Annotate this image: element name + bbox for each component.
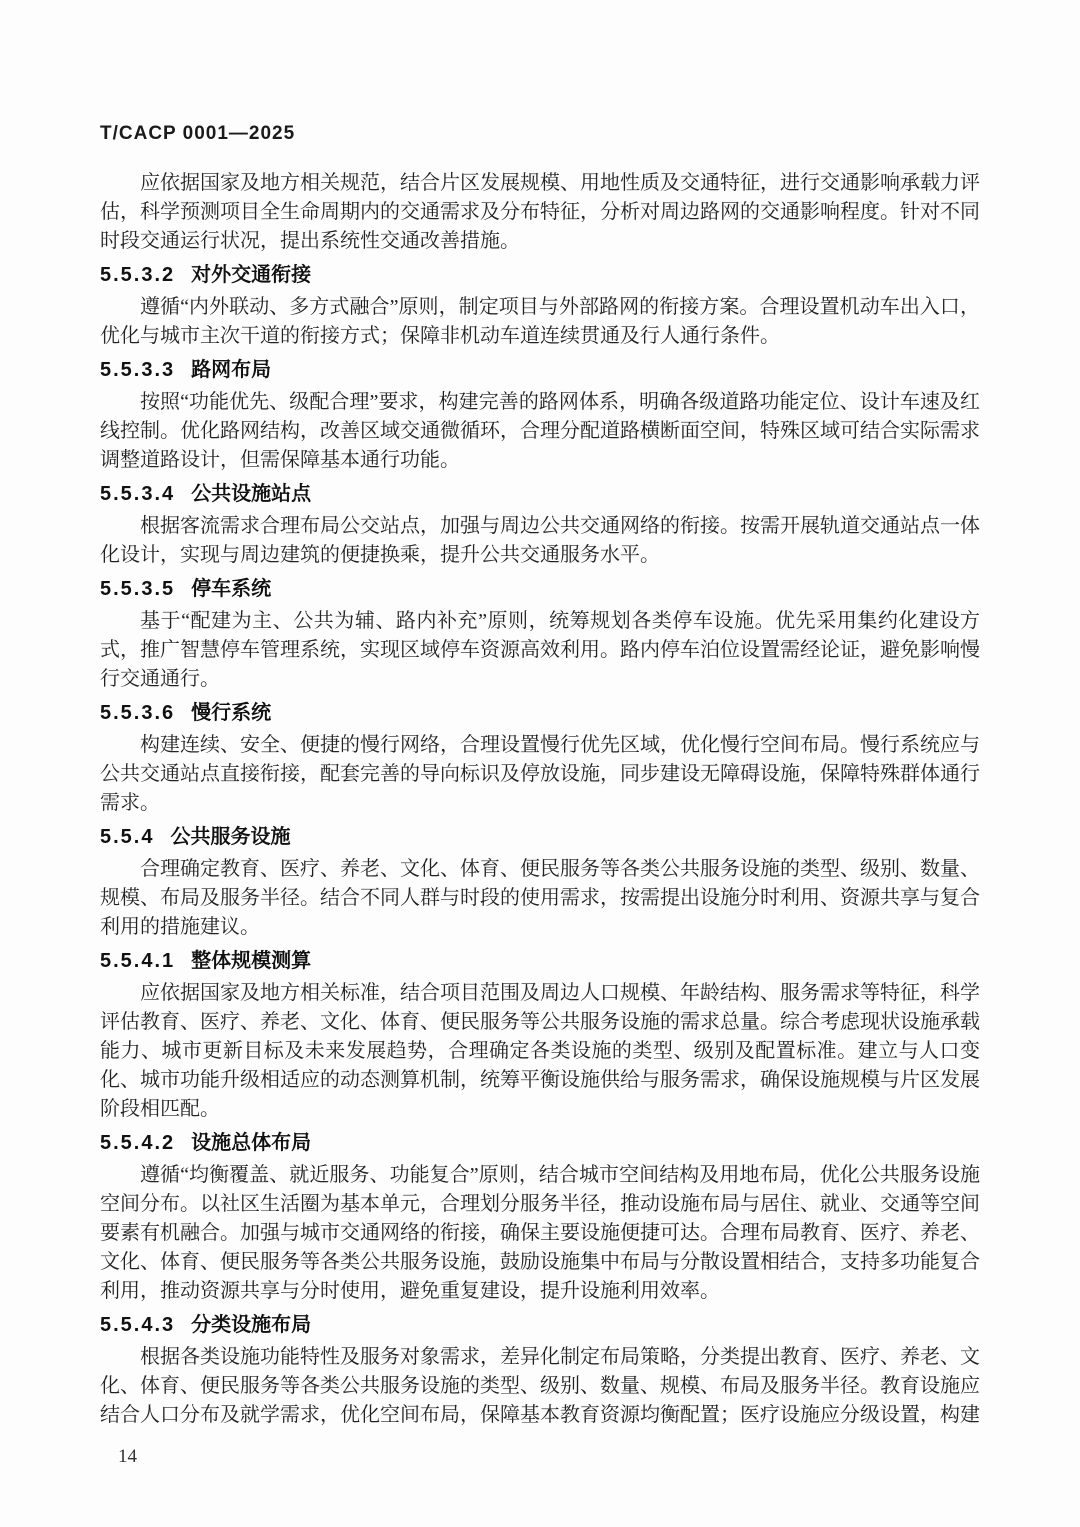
section-heading-5-5-4-2: 5.5.4.2设施总体布局 <box>100 1129 980 1158</box>
section-heading-5-5-3-4: 5.5.3.4公共设施站点 <box>100 480 980 509</box>
section-number: 5.5.3.4 <box>100 483 175 505</box>
body-paragraph: 根据客流需求合理布局公交站点，加强与周边公共交通网络的衔接。按需开展轨道交通站点… <box>100 512 980 570</box>
section-heading-5-5-4-1: 5.5.4.1整体规模测算 <box>100 947 980 976</box>
section-title: 设施总体布局 <box>191 1132 311 1154</box>
body-paragraph: 根据各类设施功能特性及服务对象需求，差异化制定布局策略，分类提出教育、医疗、养老… <box>100 1343 980 1430</box>
section-heading-5-5-3-3: 5.5.3.3路网布局 <box>100 356 980 385</box>
document-code-header: T/CACP 0001—2025 <box>100 123 980 145</box>
section-heading-5-5-3-6: 5.5.3.6慢行系统 <box>100 699 980 728</box>
section-number: 5.5.3.3 <box>100 359 175 381</box>
section-title: 公共服务设施 <box>170 826 290 848</box>
page-content: T/CACP 0001—2025 应依据国家及地方相关规范，结合片区发展规模、用… <box>0 0 1080 1468</box>
body-paragraph: 合理确定教育、医疗、养老、文化、体育、便民服务等各类公共服务设施的类型、级别、数… <box>100 855 980 942</box>
body-paragraph: 构建连续、安全、便捷的慢行网络，合理设置慢行优先区域，优化慢行空间布局。慢行系统… <box>100 731 980 818</box>
section-number: 5.5.3.2 <box>100 264 175 286</box>
body-paragraph: 应依据国家及地方相关标准，结合项目范围及周边人口规模、年龄结构、服务需求等特征，… <box>100 979 980 1124</box>
body-paragraph: 应依据国家及地方相关规范，结合片区发展规模、用地性质及交通特征，进行交通影响承载… <box>100 169 980 256</box>
section-number: 5.5.3.6 <box>100 702 175 724</box>
document-page: T/CACP 0001—2025 应依据国家及地方相关规范，结合片区发展规模、用… <box>0 0 1080 1527</box>
section-number: 5.5.4.3 <box>100 1314 175 1336</box>
section-heading-5-5-4-3: 5.5.4.3分类设施布局 <box>100 1311 980 1340</box>
body-paragraph: 遵循“均衡覆盖、就近服务、功能复合”原则，结合城市空间结构及用地布局，优化公共服… <box>100 1161 980 1306</box>
section-number: 5.5.4.2 <box>100 1132 175 1154</box>
section-title: 整体规模测算 <box>191 950 311 972</box>
body-paragraph: 遵循“内外联动、多方式融合”原则，制定项目与外部路网的衔接方案。合理设置机动车出… <box>100 293 980 351</box>
section-heading-5-5-3-5: 5.5.3.5停车系统 <box>100 575 980 604</box>
section-title: 对外交通衔接 <box>191 264 311 286</box>
section-number: 5.5.4.1 <box>100 950 175 972</box>
body-paragraph: 基于“配建为主、公共为辅、路内补充”原则，统筹规划各类停车设施。优先采用集约化建… <box>100 607 980 694</box>
body-paragraph: 按照“功能优先、级配合理”要求，构建完善的路网体系，明确各级道路功能定位、设计车… <box>100 388 980 475</box>
section-title: 分类设施布局 <box>191 1314 311 1336</box>
section-title: 停车系统 <box>191 578 271 600</box>
section-title: 路网布局 <box>191 359 271 381</box>
section-title: 公共设施站点 <box>191 483 311 505</box>
section-number: 5.5.4 <box>100 826 154 848</box>
section-heading-5-5-4: 5.5.4公共服务设施 <box>100 823 980 852</box>
section-title: 慢行系统 <box>191 702 271 724</box>
section-heading-5-5-3-2: 5.5.3.2对外交通衔接 <box>100 261 980 290</box>
page-number: 14 <box>100 1446 980 1468</box>
section-number: 5.5.3.5 <box>100 578 175 600</box>
